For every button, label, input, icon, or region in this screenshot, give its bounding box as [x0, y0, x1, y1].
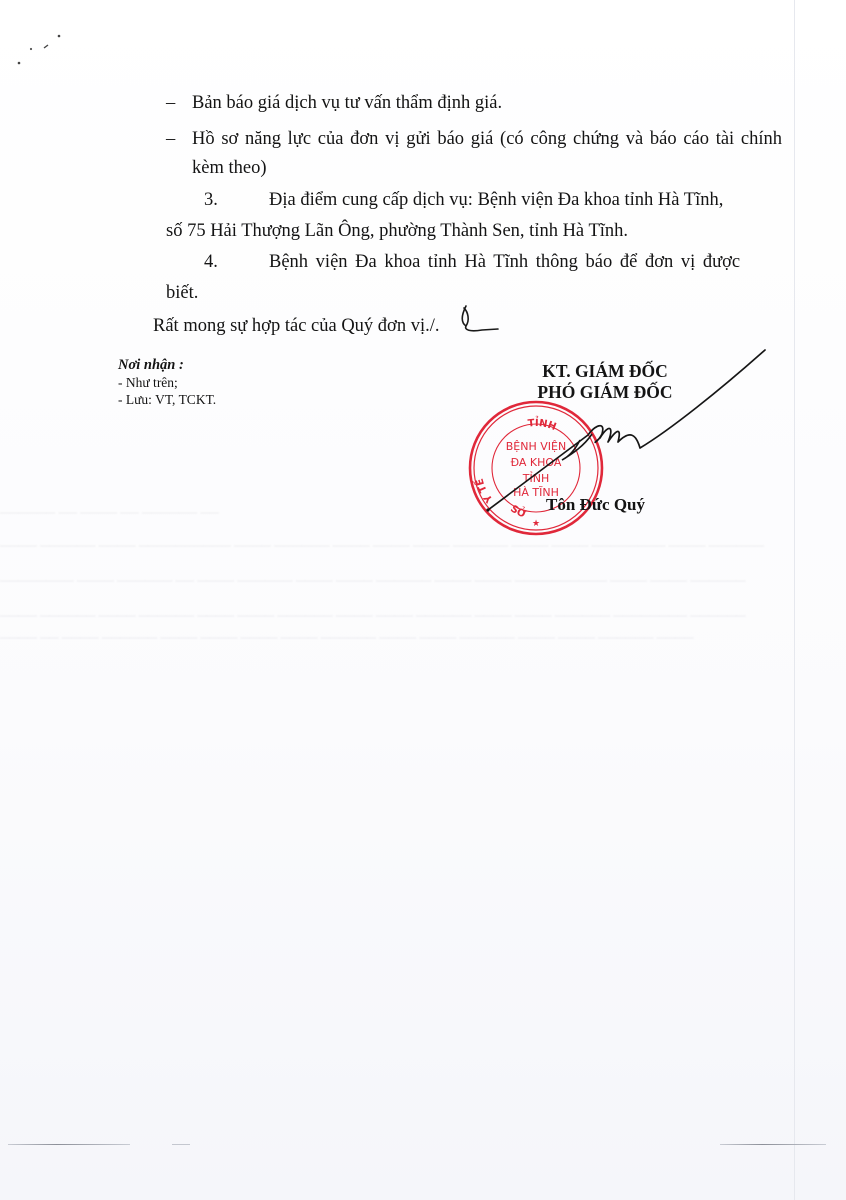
dash-marker: – [166, 125, 175, 154]
bleed-through-text: ──── ── ──── ────── ──── ──── ──── ──── … [0, 630, 790, 644]
dash-marker: – [166, 89, 175, 118]
item-text-line-1: Địa điểm cung cấp dịch vụ: Bệnh viện Đa … [269, 186, 760, 215]
recipient-line: - Lưu: VT, TCKT. [118, 391, 216, 408]
bleed-through-text: ──────── ──── ────── ── ──── ────── ────… [0, 573, 790, 587]
bleed-through-text: ──── ────── ──── ────── ──── ──── ──────… [0, 608, 790, 622]
bullet-text: Hồ sơ năng lực của đơn vị gửi báo giá (c… [192, 125, 782, 183]
bullet-text: Bản báo giá dịch vụ tư vấn thẩm định giá… [192, 89, 782, 118]
footer-rule-right [720, 1144, 826, 1145]
recipient-line: - Như trên; [118, 374, 216, 391]
scan-speck-marks [14, 28, 74, 68]
item-number: 4. [204, 248, 218, 277]
recipients-heading: Nơi nhận : [118, 357, 216, 374]
item-number: 3. [204, 186, 218, 215]
footer-rule-left [8, 1144, 130, 1145]
closing-sentence: Rất mong sự hợp tác của Quý đơn vị./. [153, 312, 440, 341]
bleed-through-text: ──── ────── ──── ────────── ──── ────── … [0, 538, 790, 552]
item-text-line-1: Bệnh viện Đa khoa tỉnh Hà Tĩnh thông báo… [269, 248, 760, 277]
item-text-line-2: số 75 Hải Thượng Lãn Ông, phường Thành S… [166, 217, 628, 246]
page-edge-divider [794, 0, 795, 1200]
footer-rule-fragment [172, 1144, 190, 1145]
item-text-line-2: biết. [166, 279, 198, 308]
bleed-through-text: ────── ── ──── ── ────── ── [0, 505, 790, 519]
document-page: – Bản báo giá dịch vụ tư vấn thẩm định g… [0, 0, 846, 1200]
recipients-block: Nơi nhận : - Như trên; - Lưu: VT, TCKT. [118, 357, 216, 408]
